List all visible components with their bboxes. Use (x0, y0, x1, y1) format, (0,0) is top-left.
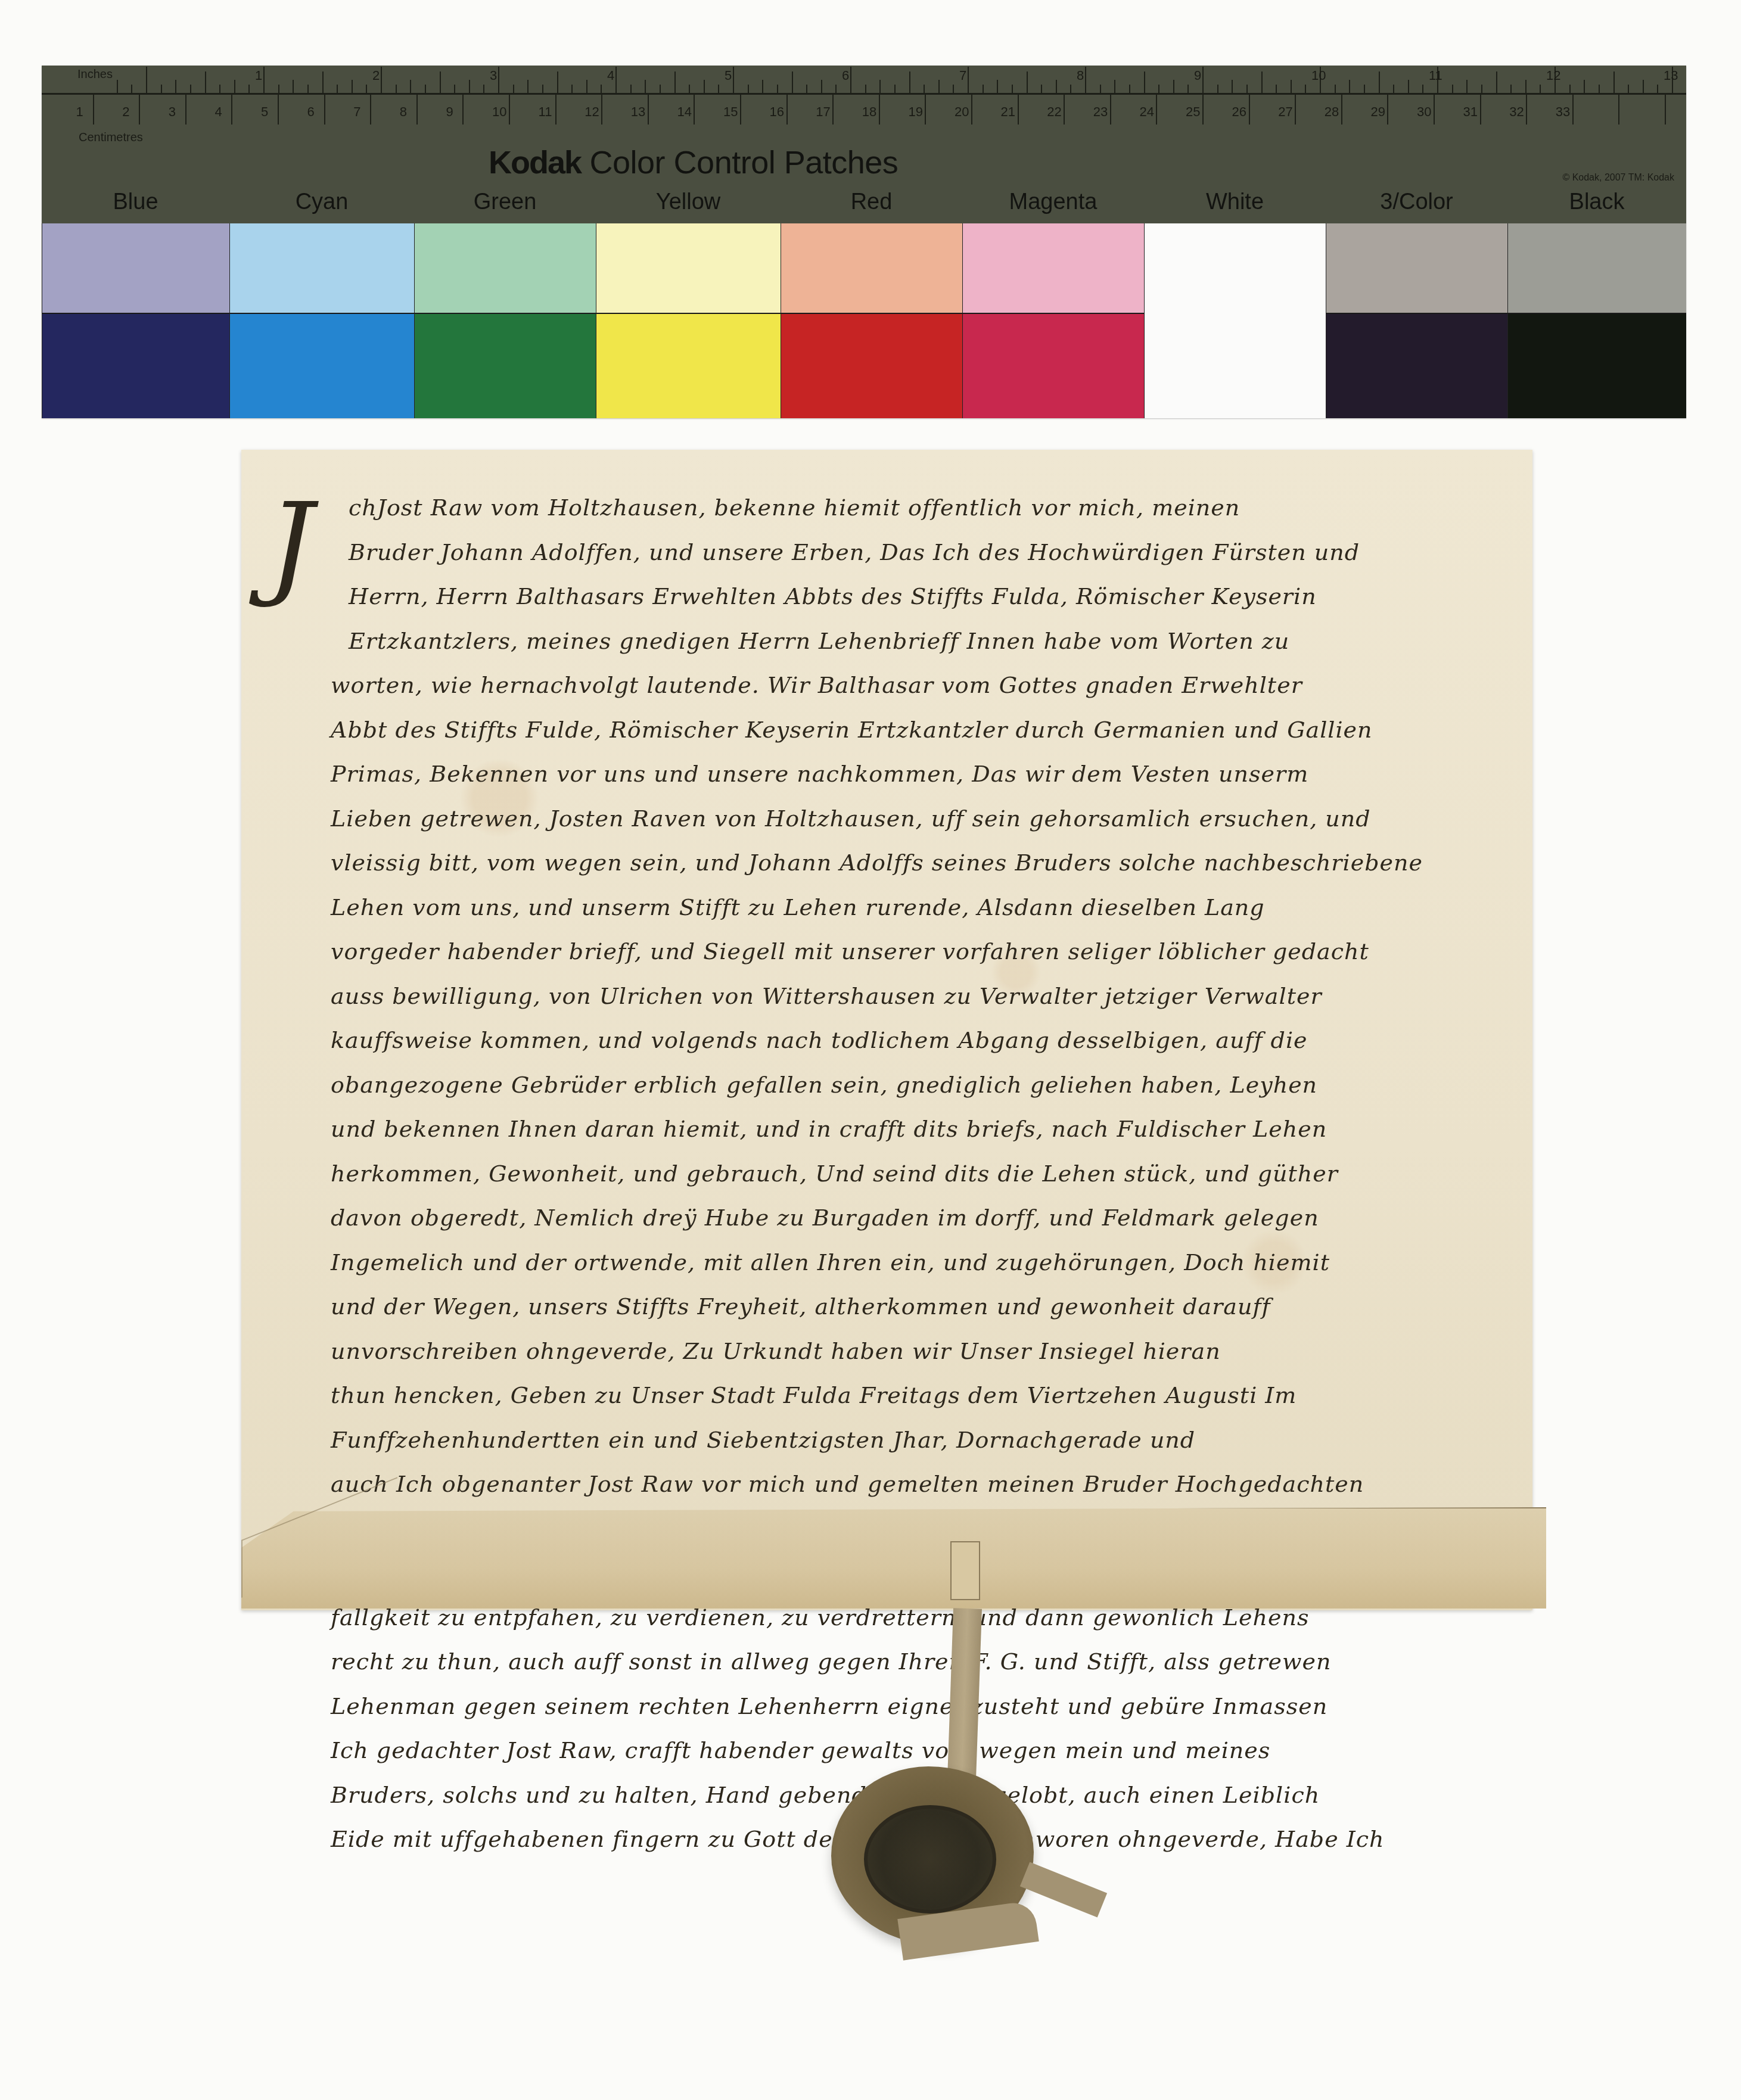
inch-tick (1466, 80, 1468, 93)
inch-tick (762, 80, 763, 93)
cm-tick (231, 95, 232, 125)
manuscript-line: recht zu thun, auch auff sonst in allweg… (271, 1639, 1510, 1684)
inch-tick (161, 85, 162, 93)
inch-tick (630, 85, 632, 93)
inch-tick (865, 85, 866, 93)
centimetres-label: Centimetres (79, 131, 143, 145)
inch-tick (1100, 85, 1101, 93)
manuscript-line: thun hencken, Geben zu Unser Stadt Fulda… (271, 1373, 1510, 1418)
cm-tick (1249, 95, 1250, 125)
cm-number: 9 (446, 104, 453, 120)
cm-tick (555, 95, 557, 125)
cm-tick (185, 95, 186, 125)
cm-number: 12 (585, 104, 599, 120)
cm-tick (879, 95, 880, 125)
cm-tick (601, 95, 602, 125)
cm-number: 22 (1047, 104, 1061, 120)
patch-light-yellow (596, 223, 781, 313)
inch-tick (219, 85, 220, 93)
inch-tick (1613, 71, 1615, 93)
inch-tick (542, 85, 543, 93)
inch-tick (1422, 85, 1423, 93)
centimetre-ruler: 1234567891011121314151617181920212223242… (42, 95, 1686, 125)
patch-label-green: Green (474, 189, 537, 215)
inch-tick (821, 80, 822, 93)
inch-tick (601, 85, 602, 93)
inch-tick (1379, 71, 1380, 93)
strap-end-right (1020, 1862, 1107, 1917)
inch-tick (410, 80, 411, 93)
inch-tick (777, 85, 778, 93)
inch-tick (586, 80, 587, 93)
inch-tick (366, 85, 367, 93)
cm-number: 2 (122, 104, 129, 120)
inch-tick (1393, 85, 1394, 93)
manuscript-line: Lehenman gegen seinem rechten Lehenherrn… (271, 1684, 1510, 1729)
manuscript-line: obangezogene Gebrüder erblich gefallen s… (271, 1063, 1510, 1107)
inch-tick (322, 71, 324, 93)
inch-tick (1070, 85, 1071, 93)
cm-number: 29 (1370, 104, 1385, 120)
cm-number: 17 (816, 104, 830, 120)
cm-tick (1618, 95, 1619, 125)
cm-tick (93, 95, 94, 125)
inch-tick (1335, 85, 1336, 93)
inch-tick (1291, 80, 1292, 93)
inch-tick (146, 67, 147, 93)
inch-number: 3 (490, 68, 497, 83)
strap-slot (950, 1541, 980, 1600)
inch-tick (1246, 85, 1248, 93)
inch-tick (557, 71, 558, 93)
patch-light-black (1507, 223, 1686, 313)
patch-dark-magenta (962, 313, 1144, 418)
cm-tick (1156, 95, 1157, 125)
inch-tick (718, 85, 719, 93)
manuscript-line: Primas, Bekennen vor uns und unsere nach… (271, 752, 1510, 797)
inch-tick (1540, 85, 1541, 93)
cm-tick (370, 95, 371, 125)
inch-tick (909, 71, 910, 93)
cm-tick (324, 95, 325, 125)
cm-number: 32 (1509, 104, 1524, 120)
inch-tick (1129, 85, 1130, 93)
inch-number: 6 (842, 68, 849, 83)
inch-tick (850, 67, 851, 93)
patch-label-yellow: Yellow (656, 189, 720, 215)
cm-number: 21 (1001, 104, 1015, 120)
manuscript-line: vorgeder habender brieff, und Siegell mi… (271, 929, 1510, 974)
patch-dark-blue (42, 313, 229, 418)
inch-number: 13 (1664, 68, 1678, 83)
handwritten-text: chJost Raw vom Holtzhausen, bekenne hiem… (271, 486, 1510, 1862)
inch-tick (396, 85, 397, 93)
cm-tick (694, 95, 695, 125)
cm-number: 13 (631, 104, 645, 120)
inch-number: 4 (607, 68, 614, 83)
cm-tick (139, 95, 140, 125)
inch-tick (1408, 80, 1409, 93)
patch-light-green (414, 223, 596, 313)
cm-tick (509, 95, 510, 125)
inch-tick (483, 85, 484, 93)
patch-label-white: White (1206, 189, 1264, 215)
inch-tick (748, 85, 749, 93)
cm-number: 8 (400, 104, 407, 120)
cm-number: 30 (1417, 104, 1431, 120)
cm-number: 1 (76, 104, 83, 120)
patch-dark-red (781, 313, 962, 418)
inch-tick (1114, 80, 1115, 93)
cm-number: 20 (955, 104, 969, 120)
inch-tick (1144, 71, 1145, 93)
inch-tick (1657, 85, 1658, 93)
cm-number: 18 (862, 104, 876, 120)
color-patches (42, 223, 1686, 418)
cm-number: 3 (169, 104, 176, 120)
patch-light-cyan (229, 223, 414, 313)
inch-number: 10 (1311, 68, 1326, 83)
manuscript-line: auss bewilligung, von Ulrichen von Witte… (271, 974, 1510, 1019)
manuscript-line: unvorschreiben ohngeverde, Zu Urkundt ha… (271, 1329, 1510, 1374)
inch-tick (1173, 80, 1174, 93)
manuscript-line: vleissig bitt, vom wegen sein, und Johan… (271, 841, 1510, 885)
cm-tick (648, 95, 649, 125)
manuscript-line: und bekennen Ihnen daran hiemit, und in … (271, 1107, 1510, 1152)
inch-tick (1158, 85, 1159, 93)
cm-number: 7 (353, 104, 360, 120)
cm-tick (1064, 95, 1065, 125)
inch-tick (293, 80, 294, 93)
card-title: Kodak Color Control Patches (489, 144, 898, 181)
inch-tick (337, 85, 338, 93)
inch-number: 8 (1077, 68, 1084, 83)
inch-tick (1085, 67, 1086, 93)
cm-tick (1202, 95, 1204, 125)
cm-tick (1295, 95, 1296, 125)
inch-number: 7 (959, 68, 966, 83)
cm-number: 31 (1463, 104, 1478, 120)
cm-number: 15 (723, 104, 738, 120)
card-title-text: Color Control Patches (590, 145, 899, 181)
inch-tick (894, 85, 896, 93)
inch-tick (1202, 67, 1204, 93)
manuscript-line: Abbt des Stiffts Fulde, Römischer Keyser… (271, 708, 1510, 752)
manuscript-line: und der Wegen, unsers Stiffts Freyheit, … (271, 1284, 1510, 1329)
cm-tick (416, 95, 418, 125)
inch-tick (733, 67, 734, 93)
inch-tick (1599, 85, 1600, 93)
inch-tick (1261, 71, 1263, 93)
cm-number: 19 (908, 104, 922, 120)
cm-number: 27 (1278, 104, 1292, 120)
inch-tick (1056, 80, 1057, 93)
inch-tick (1584, 80, 1585, 93)
manuscript-line: Bruder Johann Adolffen, und unsere Erben… (271, 530, 1510, 575)
cm-tick (1341, 95, 1342, 125)
cm-number: 28 (1325, 104, 1339, 120)
cm-tick (925, 95, 926, 125)
kodak-brand: Kodak (489, 145, 581, 181)
cm-tick (832, 95, 834, 125)
patch-label-3-color: 3/Color (1380, 189, 1453, 215)
inch-tick (1027, 71, 1028, 93)
inch-tick (953, 85, 954, 93)
inch-tick (1349, 80, 1350, 93)
inch-tick (248, 85, 250, 93)
inch-number: 12 (1546, 68, 1560, 83)
cm-tick (462, 95, 464, 125)
inch-number: 9 (1194, 68, 1201, 83)
inch-tick (660, 85, 661, 93)
cm-number: 4 (214, 104, 222, 120)
inch-tick (440, 71, 441, 93)
inch-ruler: Inches 12345678910111213 (42, 66, 1686, 95)
cm-number: 23 (1093, 104, 1108, 120)
patch-dark-3-color (1326, 313, 1507, 418)
inch-tick (527, 80, 528, 93)
inch-tick (381, 67, 382, 93)
inch-tick (1496, 71, 1497, 93)
cm-number: 16 (770, 104, 784, 120)
cm-tick (740, 95, 741, 125)
manuscript-line: Herrn, Herrn Balthasars Erwehlten Abbts … (271, 574, 1510, 619)
manuscript-line: kauffsweise kommen, und volgends nach to… (271, 1018, 1510, 1063)
inch-tick (469, 80, 470, 93)
cm-tick (1572, 95, 1574, 125)
kodak-color-control-card: Inches 12345678910111213 123456789101112… (42, 66, 1686, 418)
inch-tick (1012, 85, 1013, 93)
cm-number: 11 (539, 104, 552, 120)
inch-tick (1041, 85, 1042, 93)
patch-dark-green (414, 313, 596, 418)
patch-light-red (781, 223, 962, 313)
inch-tick (1305, 85, 1306, 93)
inch-tick (513, 85, 514, 93)
patch-label-blue: Blue (113, 189, 158, 215)
cm-tick (786, 95, 788, 125)
inch-tick (674, 71, 676, 93)
cm-number: 33 (1556, 104, 1570, 120)
cm-tick (1526, 95, 1527, 125)
patch-label-black: Black (1569, 189, 1625, 215)
inch-tick (190, 85, 191, 93)
inch-tick (1364, 85, 1365, 93)
cm-tick (1110, 95, 1111, 125)
cm-number: 5 (261, 104, 268, 120)
inch-tick (1187, 85, 1189, 93)
inch-tick (1452, 85, 1453, 93)
inch-tick (307, 85, 309, 93)
manuscript-line: Lieben getrewen, Josten Raven von Holtzh… (271, 797, 1510, 841)
inch-tick (1217, 85, 1218, 93)
plica-fold (241, 1507, 1546, 1609)
patch-label-magenta: Magenta (1009, 189, 1098, 215)
patch-label-red: Red (851, 189, 893, 215)
cm-tick (1434, 95, 1435, 125)
inch-tick (175, 80, 176, 93)
inch-tick (1276, 85, 1277, 93)
inch-number: 1 (255, 68, 262, 83)
inch-tick (263, 67, 265, 93)
inch-tick (1525, 80, 1527, 93)
inch-number: 5 (725, 68, 732, 83)
inch-tick (1510, 85, 1512, 93)
cm-tick (1387, 95, 1388, 125)
inch-tick (997, 80, 998, 93)
patch-light-white (1144, 223, 1326, 418)
inch-tick (117, 80, 118, 93)
inch-tick (352, 80, 353, 93)
cm-number: 14 (677, 104, 691, 120)
inch-tick (704, 80, 705, 93)
cm-tick (278, 95, 279, 125)
manuscript-line: Ingemelich und der ortwende, mit allen I… (271, 1240, 1510, 1285)
inch-tick (571, 85, 573, 93)
cm-number: 6 (307, 104, 315, 120)
patch-dark-cyan (229, 313, 414, 418)
manuscript-line: auch Ich obgenanter Jost Raw vor mich un… (271, 1462, 1510, 1507)
manuscript-line: herkommen, Gewonheit, und gebrauch, Und … (271, 1152, 1510, 1196)
inch-tick (1232, 80, 1233, 93)
patch-light-3-color (1326, 223, 1507, 313)
inch-tick (1628, 85, 1629, 93)
patch-light-blue (42, 223, 229, 313)
inch-number: 11 (1429, 68, 1442, 83)
cm-tick (1018, 95, 1019, 125)
inch-tick (425, 85, 426, 93)
inch-tick (645, 80, 646, 93)
inch-tick (498, 67, 499, 93)
patch-light-magenta (962, 223, 1144, 313)
inch-tick (1643, 80, 1644, 93)
cm-tick (1480, 95, 1481, 125)
cm-tick (971, 95, 972, 125)
cm-tick (1665, 95, 1666, 125)
inch-tick (689, 85, 690, 93)
patch-label-cyan: Cyan (296, 189, 349, 215)
inch-tick (983, 85, 984, 93)
inch-tick (131, 85, 132, 93)
copyright-notice: © Kodak, 2007 TM: Kodak (1562, 173, 1674, 183)
inch-tick (968, 67, 969, 93)
inch-tick (924, 85, 925, 93)
cm-number: 26 (1232, 104, 1246, 120)
inches-label: Inches (77, 68, 113, 82)
inch-tick (278, 85, 279, 93)
cm-number: 10 (492, 104, 506, 120)
cm-number: 25 (1186, 104, 1200, 120)
patch-labels: BlueCyanGreenYellowRedMagentaWhite3/Colo… (42, 189, 1686, 219)
manuscript-line: Ich gedachter Jost Raw, crafft habender … (271, 1728, 1510, 1773)
manuscript-line: Funffzehenhundertten ein und Siebentzigs… (271, 1418, 1510, 1463)
inch-tick (1481, 85, 1482, 93)
patch-dark-black (1507, 313, 1686, 418)
manuscript-line: chJost Raw vom Holtzhausen, bekenne hiem… (271, 486, 1510, 530)
inch-number: 2 (372, 68, 380, 83)
inch-tick (938, 80, 940, 93)
cm-number: 24 (1139, 104, 1154, 120)
inch-tick (615, 67, 617, 93)
inch-tick (205, 71, 206, 93)
manuscript-line: davon obgeredt, Nemlich dreÿ Hube zu Bur… (271, 1196, 1510, 1240)
inch-tick (835, 85, 837, 93)
inch-tick (1569, 85, 1571, 93)
patch-dark-yellow (596, 313, 781, 418)
manuscript-line: Lehen vom uns, und unserm Stifft zu Lehe… (271, 885, 1510, 930)
manuscript-line: Ertzkantzlers, meines gnedigen Herrn Leh… (271, 619, 1510, 664)
manuscript-line: worten, wie hernachvolgt lautende. Wir B… (271, 663, 1510, 708)
inch-tick (792, 71, 793, 93)
inch-tick (806, 85, 807, 93)
inch-tick (454, 85, 455, 93)
seal-impression-icon (864, 1805, 996, 1914)
inch-tick (234, 80, 235, 93)
inch-tick (879, 80, 881, 93)
